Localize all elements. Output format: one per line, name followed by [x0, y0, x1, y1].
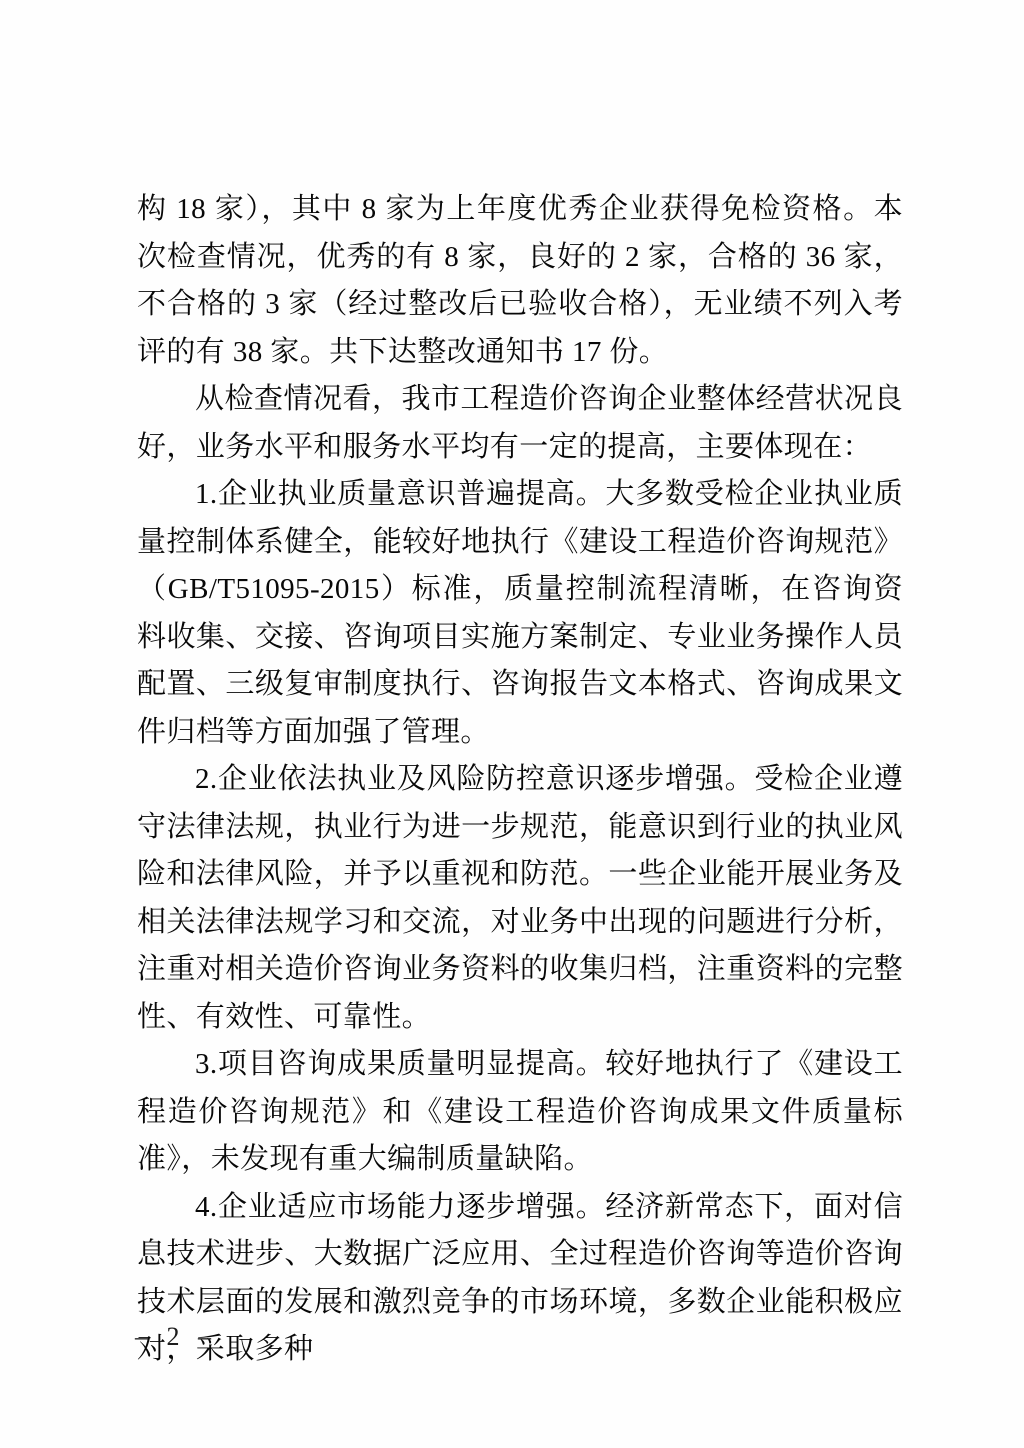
paragraph: 构 18 家），其中 8 家为上年度优秀企业获得免检资格。本次检查情况，优秀的有…	[137, 186, 903, 376]
paragraph: 2.企业依法执业及风险防控意识逐步增强。受检企业遵守法律法规，执业行为进一步规范…	[137, 756, 903, 1041]
paragraph: 3.项目咨询成果质量明显提高。较好地执行了《建设工程造价咨询规范》和《建设工程造…	[137, 1041, 903, 1184]
document-page: 构 18 家），其中 8 家为上年度优秀企业获得免检资格。本次检查情况，优秀的有…	[0, 0, 1024, 1448]
paragraph: 4.企业适应市场能力逐步增强。经济新常态下，面对信息技术进步、大数据广泛应用、全…	[137, 1184, 903, 1374]
document-body: 构 18 家），其中 8 家为上年度优秀企业获得免检资格。本次检查情况，优秀的有…	[137, 186, 903, 1374]
page-number: – 2 –	[135, 1322, 217, 1352]
paragraph: 1.企业执业质量意识普遍提高。大多数受检企业执业质量控制体系健全，能较好地执行《…	[137, 471, 903, 756]
paragraph: 从检查情况看，我市工程造价咨询企业整体经营状况良好，业务水平和服务水平均有一定的…	[137, 376, 903, 471]
